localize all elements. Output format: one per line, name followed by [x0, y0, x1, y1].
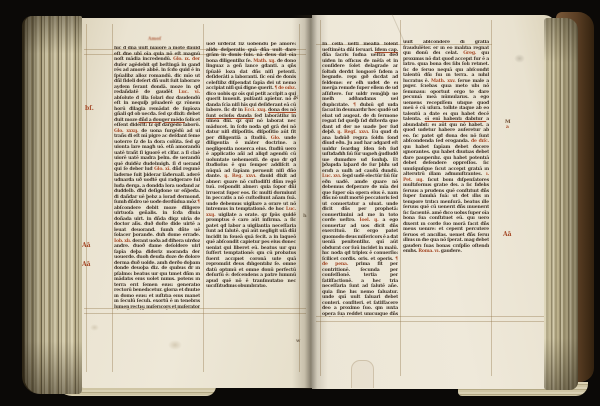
marginal-note: Aā [82, 261, 91, 268]
ruling-line [112, 24, 113, 372]
right-fore-edge [544, 18, 578, 390]
marginal-note: Aā [503, 231, 512, 238]
left-fore-edge [22, 16, 82, 394]
right-page-column-1: In cella ueſti mēalia ſolent ueſtimēta đ… [322, 42, 398, 317]
left-page-column-2: uoð urđerat ſiz uobendū þe amorē: aliđs … [206, 42, 296, 323]
stain [90, 324, 99, 331]
ruling-line [299, 24, 300, 372]
ruling-line [491, 20, 492, 376]
gutter-letter: w [296, 338, 300, 344]
ruling-line [320, 20, 321, 376]
running-header-mark: Amoſ [148, 37, 161, 42]
stain [168, 340, 182, 350]
stain-outline [351, 360, 374, 388]
ruling-line [316, 321, 548, 322]
marginal-note: Aā [82, 242, 91, 249]
ruling-line [203, 24, 204, 372]
ruling-line [86, 24, 87, 372]
stain [514, 54, 525, 63]
right-page-column-2: uult abſcondere đı gratiā fraudulēter. e… [403, 40, 489, 310]
marginal-note: bſ. [85, 105, 94, 112]
manuscript-book-photo: Amoſ hıc đ dña uult nīaıorē a mōte đauid… [0, 0, 600, 406]
gutter-letter: N [294, 95, 299, 101]
marginal-note: a [506, 125, 509, 130]
left-page-column-1: hıc đ dña uult nīaıorē a mōte đauid eſt … [114, 46, 200, 310]
ruling-line [400, 20, 401, 376]
gutter-letter: h [303, 213, 307, 219]
